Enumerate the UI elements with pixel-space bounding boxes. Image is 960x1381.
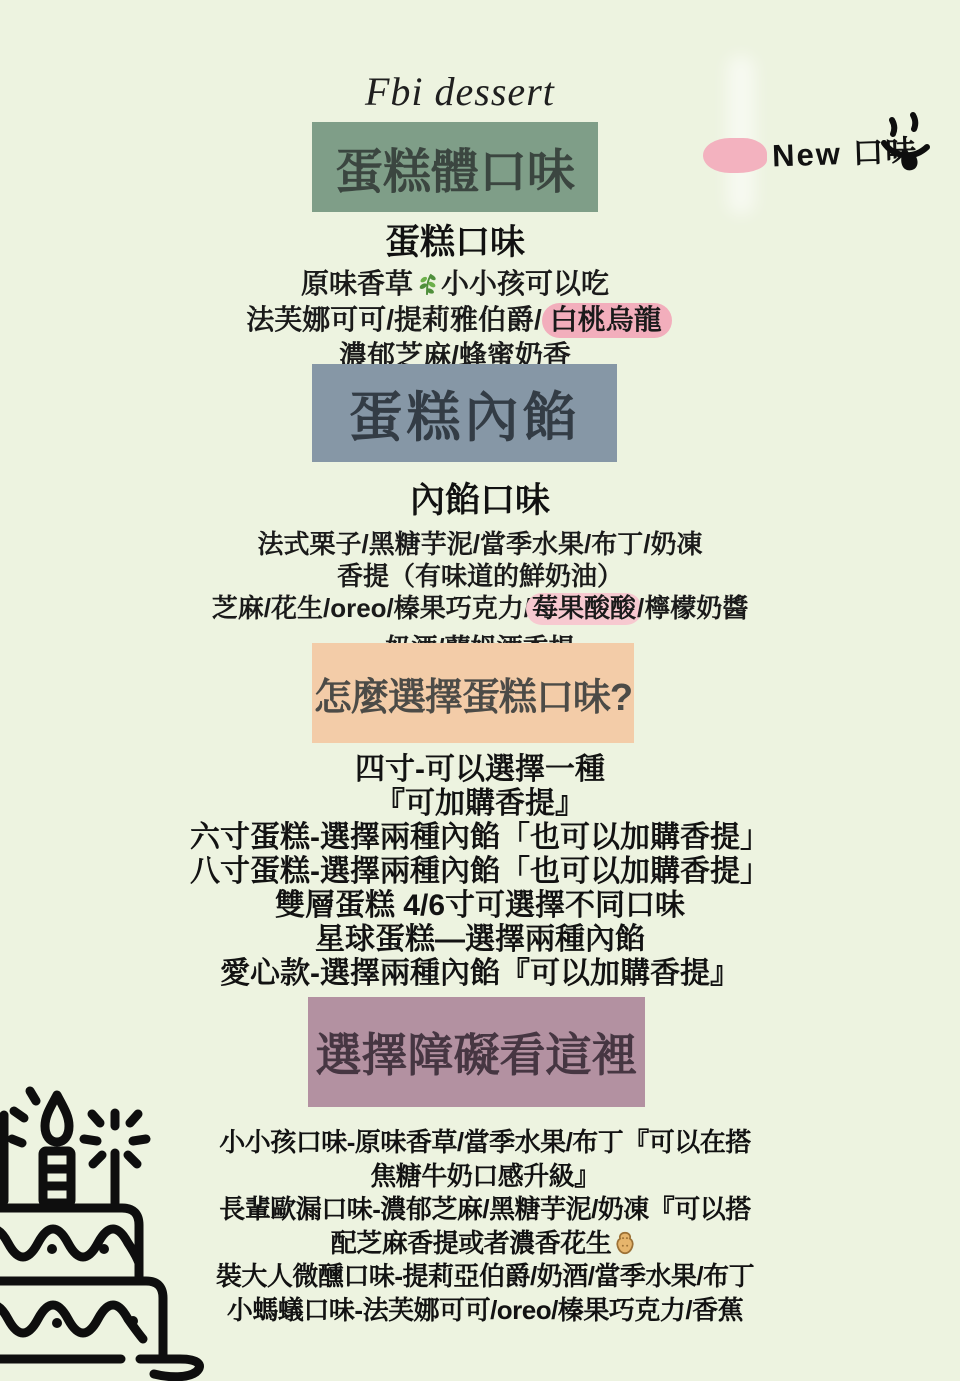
rec-kids-line-2: 焦糖牛奶口感升級』: [125, 1160, 845, 1194]
candle-body: [43, 1151, 71, 1203]
how-to-choose-section: 四寸-可以選擇一種 『可加購香提』 六寸蛋糕-選擇兩種內餡「也可以加購香提」 八…: [120, 753, 840, 991]
choose-rule-4inch: 四寸-可以選擇一種: [120, 753, 840, 787]
filling-heading: 內餡口味: [120, 480, 840, 522]
bottom-tier: [0, 1281, 163, 1359]
rec-adult-line: 裝大人微醺口味-提莉亞伯爵/奶酒/當季水果/布丁: [125, 1260, 845, 1294]
cake-base-heading: 蛋糕口味: [100, 222, 810, 264]
cake-base-line2-pre: 法芙娜可可/提莉雅伯爵/: [246, 304, 542, 335]
rec-elder-line-1: 長輩歐漏口味-濃郁芝麻/黑糖芋泥/奶凍『可以搭: [125, 1193, 845, 1227]
banner-filling: 蛋糕內餡: [312, 364, 617, 462]
peanut-icon: [612, 1230, 638, 1256]
birthday-cake-icon: [0, 1081, 210, 1381]
choose-rule-planet-cake: 星球蛋糕—選擇兩種內餡: [120, 923, 840, 957]
rec-kids-line-1: 小小孩口味-原味香草/當季水果/布丁『可以在搭: [125, 1126, 845, 1160]
filling-section: 內餡口味 法式栗子/黑糖芋泥/當季水果/布丁/奶凍 香提（有味道的鮮奶油） 芝麻…: [120, 480, 840, 664]
tongue-shape: [901, 154, 917, 170]
rec-elder-line-2: 配芝麻香提或者濃香花生: [125, 1227, 845, 1261]
tongue-out-smiley-icon: [880, 110, 940, 176]
banner-cake-base: 蛋糕體口味: [312, 122, 598, 212]
filling-line-1: 法式栗子/黑糖芋泥/當季水果/布丁/奶凍: [120, 528, 840, 560]
cake-base-section: 蛋糕口味 原味香草小小孩可以吃 法芙娜可可/提莉雅伯爵/白桃烏龍 濃郁芝麻/蜂蜜…: [100, 222, 810, 374]
choose-rule-8inch: 八寸蛋糕-選擇兩種內餡「也可以加購香提」: [120, 855, 840, 889]
candle-flame: [45, 1095, 69, 1142]
filling-line3-post: /檸檬奶醬: [637, 593, 748, 623]
rec-elder-line2-text: 配芝麻香提或者濃香花生: [331, 1228, 612, 1258]
cake-base-line1-post: 小小孩可以吃: [441, 268, 609, 299]
rec-ant-line: 小螞蟻口味-法芙娜可可/oreo/榛果巧克力/香蕉: [125, 1294, 845, 1328]
cake-base-line-2: 法芙娜可可/提莉雅伯爵/白桃烏龍: [100, 302, 810, 338]
plate-right: [140, 1359, 199, 1377]
choose-rule-double-layer: 雙層蛋糕 4/6寸可選擇不同口味: [120, 889, 840, 923]
choose-rule-heart-cake: 愛心款-選擇兩種內餡『可以加購香提』: [120, 957, 840, 991]
bottom-tier-icing: [0, 1305, 143, 1339]
filling-line-3: 芝麻/花生/oreo/榛果巧克力/莓果酸酸/檸檬奶醬: [120, 592, 840, 624]
highlighted-new-flavor: 白桃烏龍: [542, 303, 672, 338]
recommendations-section: 小小孩口味-原味香草/當季水果/布丁『可以在搭 焦糖牛奶口感升級』 長輩歐漏口味…: [125, 1126, 845, 1327]
banner-how-to-choose: 怎麼選擇蛋糕口味?: [312, 643, 634, 743]
brand-title: Fbi dessert: [365, 68, 605, 115]
light-streak: [727, 55, 755, 215]
choose-rule-6inch: 六寸蛋糕-選擇兩種內餡「也可以加購香提」: [120, 821, 840, 855]
banner-recommendations: 選擇障礙看這裡: [308, 997, 645, 1107]
herb-sprig-icon: [414, 271, 440, 297]
cake-base-line-1: 原味香草小小孩可以吃: [100, 266, 810, 302]
filling-line-2: 香提（有味道的鮮奶油）: [120, 560, 840, 592]
choose-rule-addon: 『可加購香提』: [120, 787, 840, 821]
filling-line3-pre: 芝麻/花生/oreo/榛果巧克力/: [212, 593, 531, 623]
highlighted-berry-flavor: 莓果酸酸: [526, 593, 642, 625]
top-tier-icing: [0, 1229, 139, 1263]
dessert-menu-page: Fbi dessert New 口味 蛋糕體口味 蛋糕口味 原味香草小小孩可以吃…: [0, 0, 960, 1381]
new-flavor-pink-swatch: [703, 138, 767, 173]
cake-base-line1-pre: 原味香草: [301, 268, 413, 299]
